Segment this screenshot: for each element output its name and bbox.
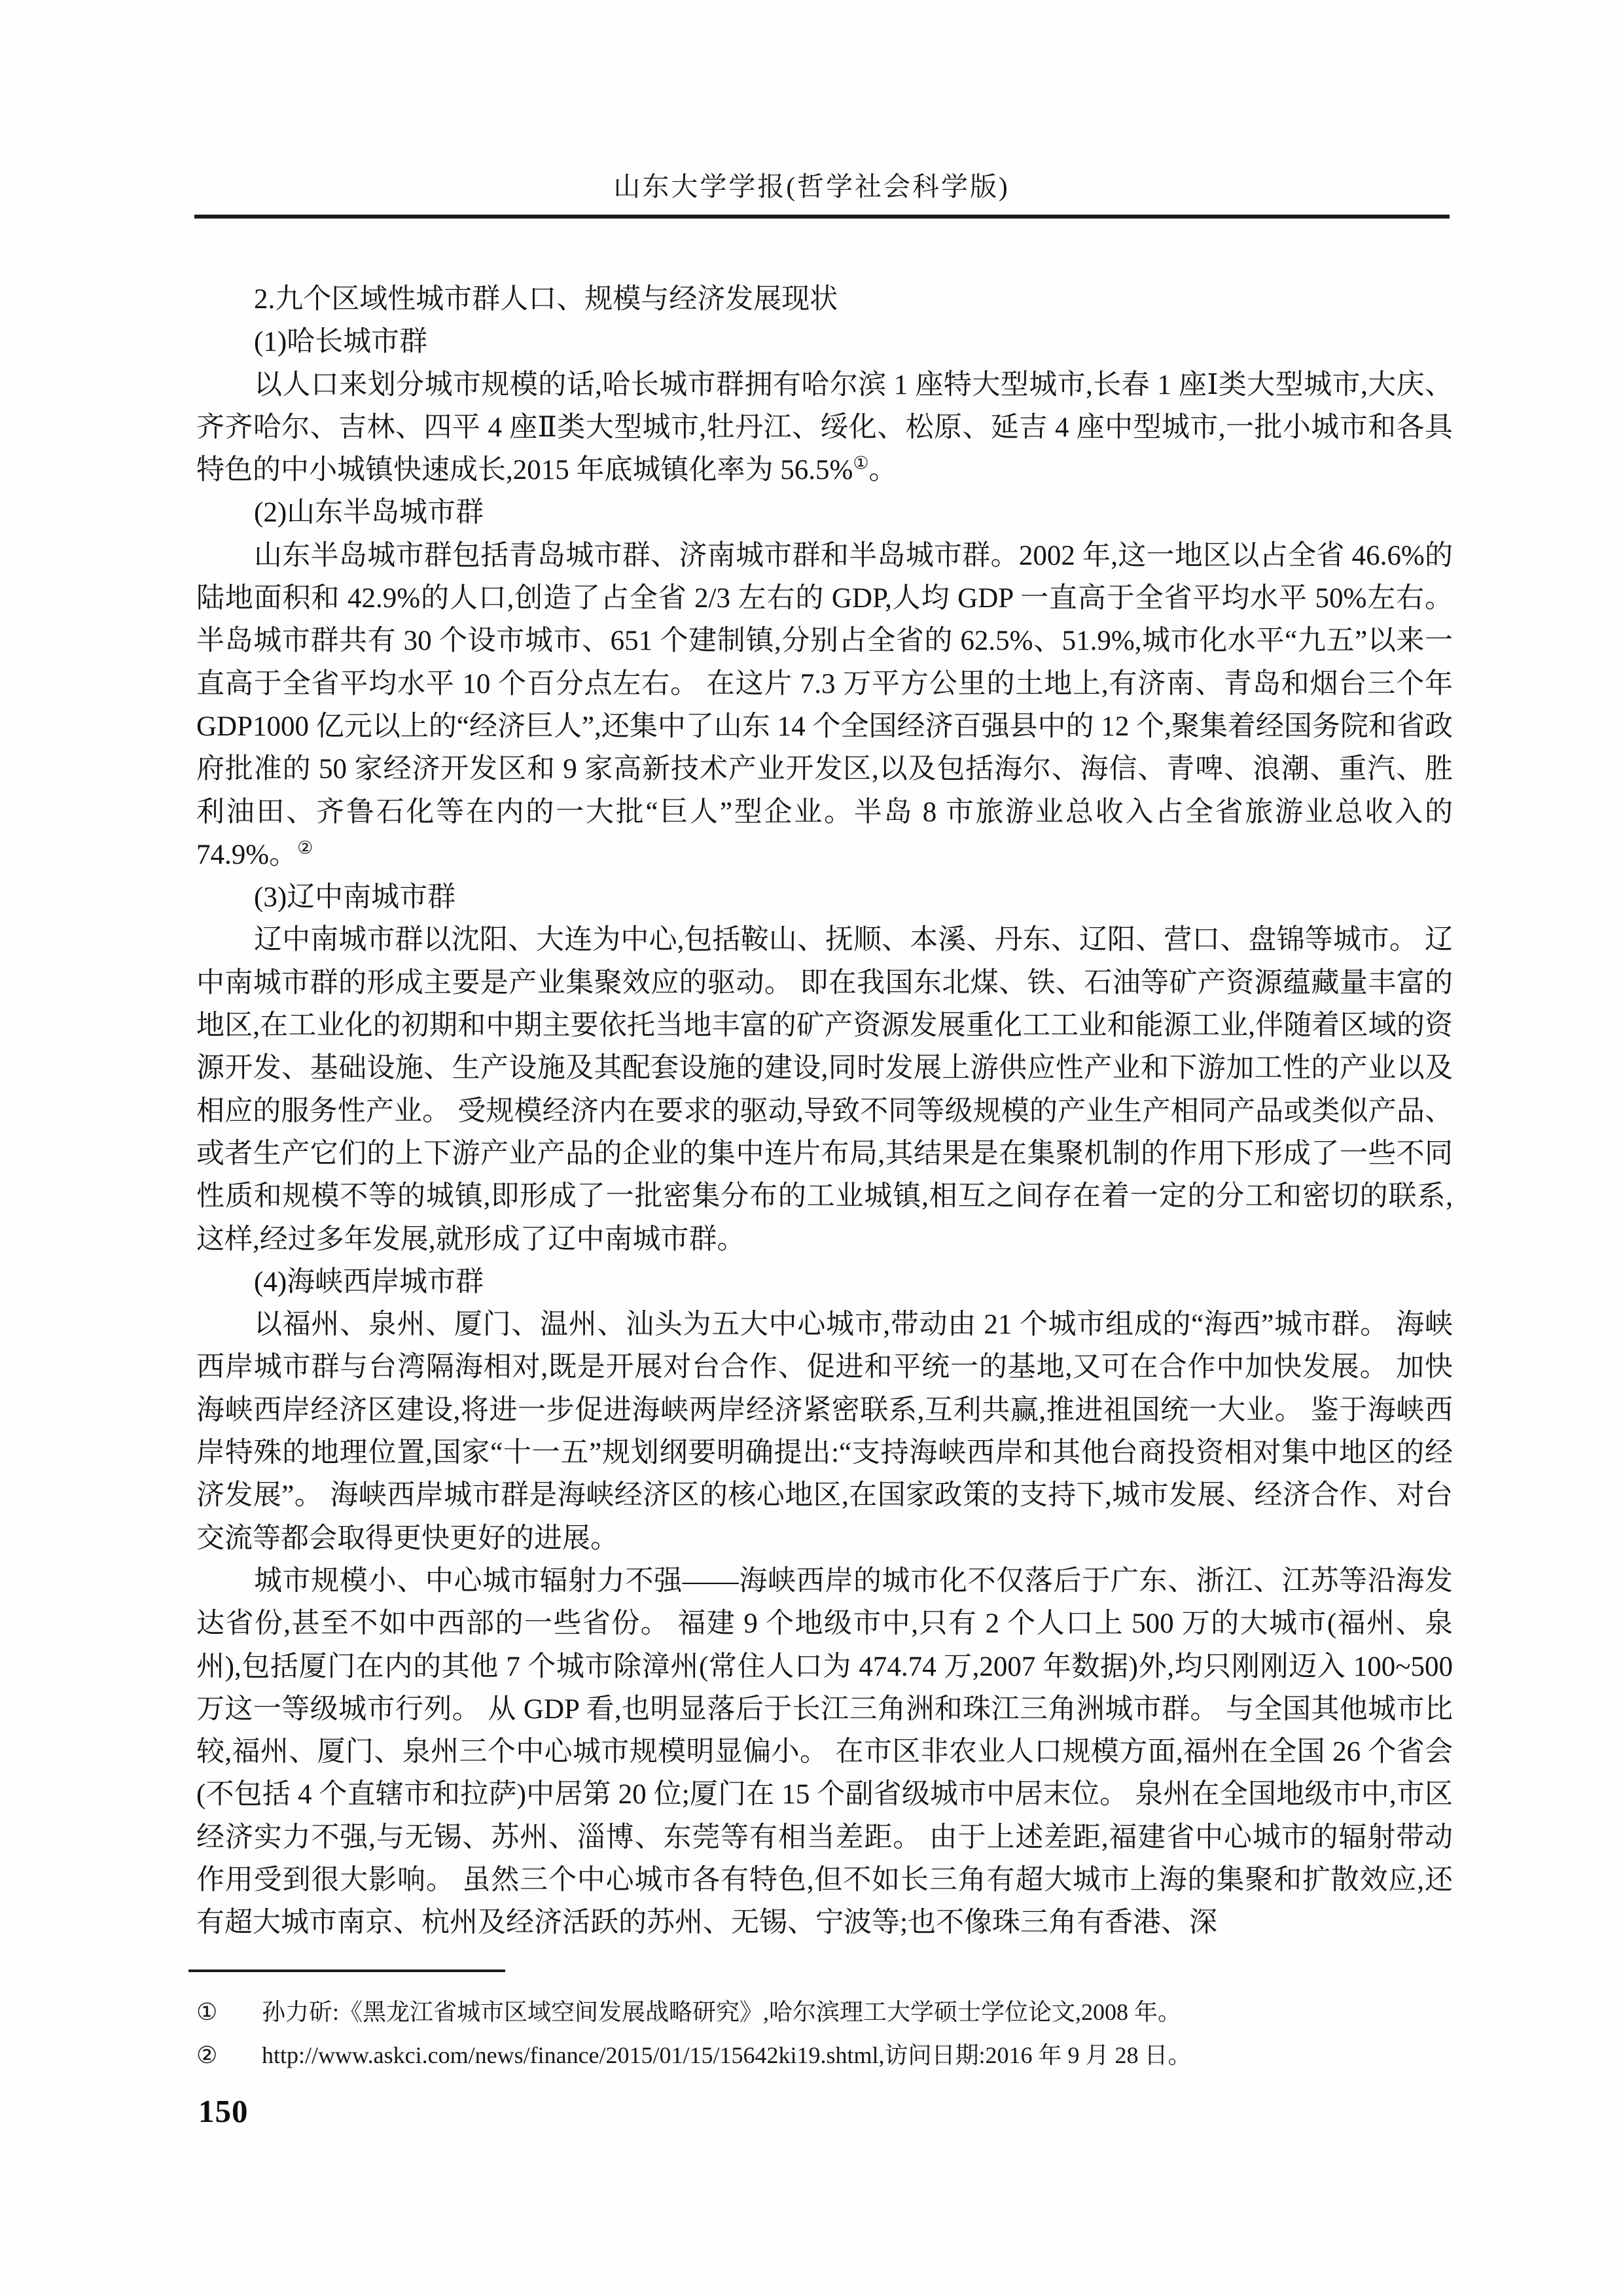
footnote-text: http://www.askci.com/news/finance/2015/0… (262, 2034, 1453, 2077)
footnote-ref: ① (853, 453, 868, 473)
footnote-item: ①孙力斫:《黑龙江省城市区域空间发展战略研究》,哈尔滨理工大学硕士学位论文,20… (196, 1990, 1453, 2034)
paragraph: 以福州、泉州、厦门、温州、汕头为五大中心城市,带动由 21 个城市组成的“海西”… (196, 1303, 1453, 1560)
footnote-marker: ① (196, 1990, 262, 2034)
footnote-ref: ② (297, 838, 313, 858)
paragraph: 城市规模小、中心城市辐射力不强——海峡西岸的城市化不仅落后于广东、浙江、江苏等沿… (196, 1560, 1453, 1945)
paragraph: (2)山东半岛城市群 (196, 491, 1453, 534)
paragraph: 辽中南城市群以沈阳、大连为中心,包括鞍山、抚顺、本溪、丹东、辽阳、营口、盘锦等城… (196, 919, 1453, 1260)
paragraph: (4)海峡西岸城市群 (196, 1261, 1453, 1303)
paragraph: 山东半岛城市群包括青岛城市群、济南城市群和半岛城市群。2002 年,这一地区以占… (196, 535, 1453, 876)
paragraph: (1)哈长城市群 (196, 321, 1453, 363)
footnote-separator (188, 1969, 505, 1972)
article-body: 2.九个区域性城市群人口、规模与经济发展现状(1)哈长城市群以人口来划分城市规模… (196, 278, 1453, 1945)
paragraph: 2.九个区域性城市群人口、规模与经济发展现状 (196, 278, 1453, 321)
page-number: 150 (198, 2093, 249, 2130)
footnote-marker: ② (196, 2034, 262, 2077)
paragraph: 以人口来划分城市规模的话,哈长城市群拥有哈尔滨 1 座特大型城市,长春 1 座Ⅰ… (196, 364, 1453, 492)
journal-page: 山东大学学报(哲学社会科学版) 2.九个区域性城市群人口、规模与经济发展现状(1… (0, 0, 1623, 2296)
footnote-text: 孙力斫:《黑龙江省城市区域空间发展战略研究》,哈尔滨理工大学硕士学位论文,200… (262, 1990, 1453, 2034)
paragraph: (3)辽中南城市群 (196, 876, 1453, 919)
header-rule (194, 215, 1450, 219)
journal-title: 山东大学学报(哲学社会科学版) (0, 165, 1623, 203)
footnotes: ①孙力斫:《黑龙江省城市区域空间发展战略研究》,哈尔滨理工大学硕士学位论文,20… (196, 1990, 1453, 2077)
footnote-item: ②http://www.askci.com/news/finance/2015/… (196, 2034, 1453, 2077)
